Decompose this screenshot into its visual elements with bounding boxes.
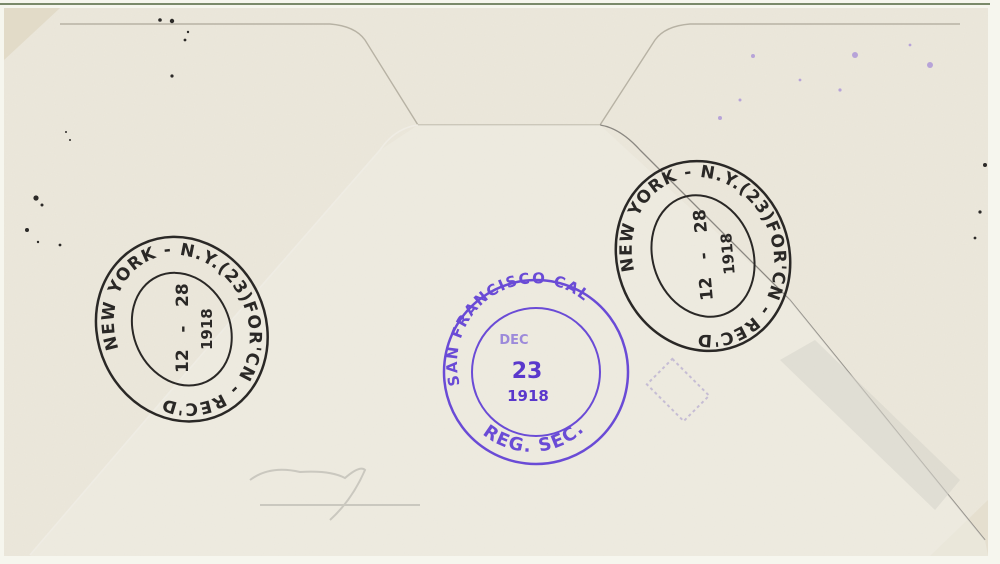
envelope-body (4, 8, 988, 556)
postmark-year: 1918 (198, 308, 216, 350)
postmark-year: 1918 (507, 387, 549, 405)
postmark-month: 12 (696, 276, 718, 301)
envelope-back-scene: NEW YORK - N.Y.(23)FOR'CN - REC'D 12 - 2… (0, 0, 1000, 564)
postmark-month: DEC (499, 333, 528, 348)
postmark-year: 1918 (717, 232, 739, 275)
postmark-separator: - (173, 326, 193, 333)
postmark-day: 28 (173, 283, 193, 307)
postmark-day: 23 (512, 359, 543, 384)
postmark-month: 12 (173, 349, 193, 373)
postmark-day: 28 (690, 208, 712, 233)
